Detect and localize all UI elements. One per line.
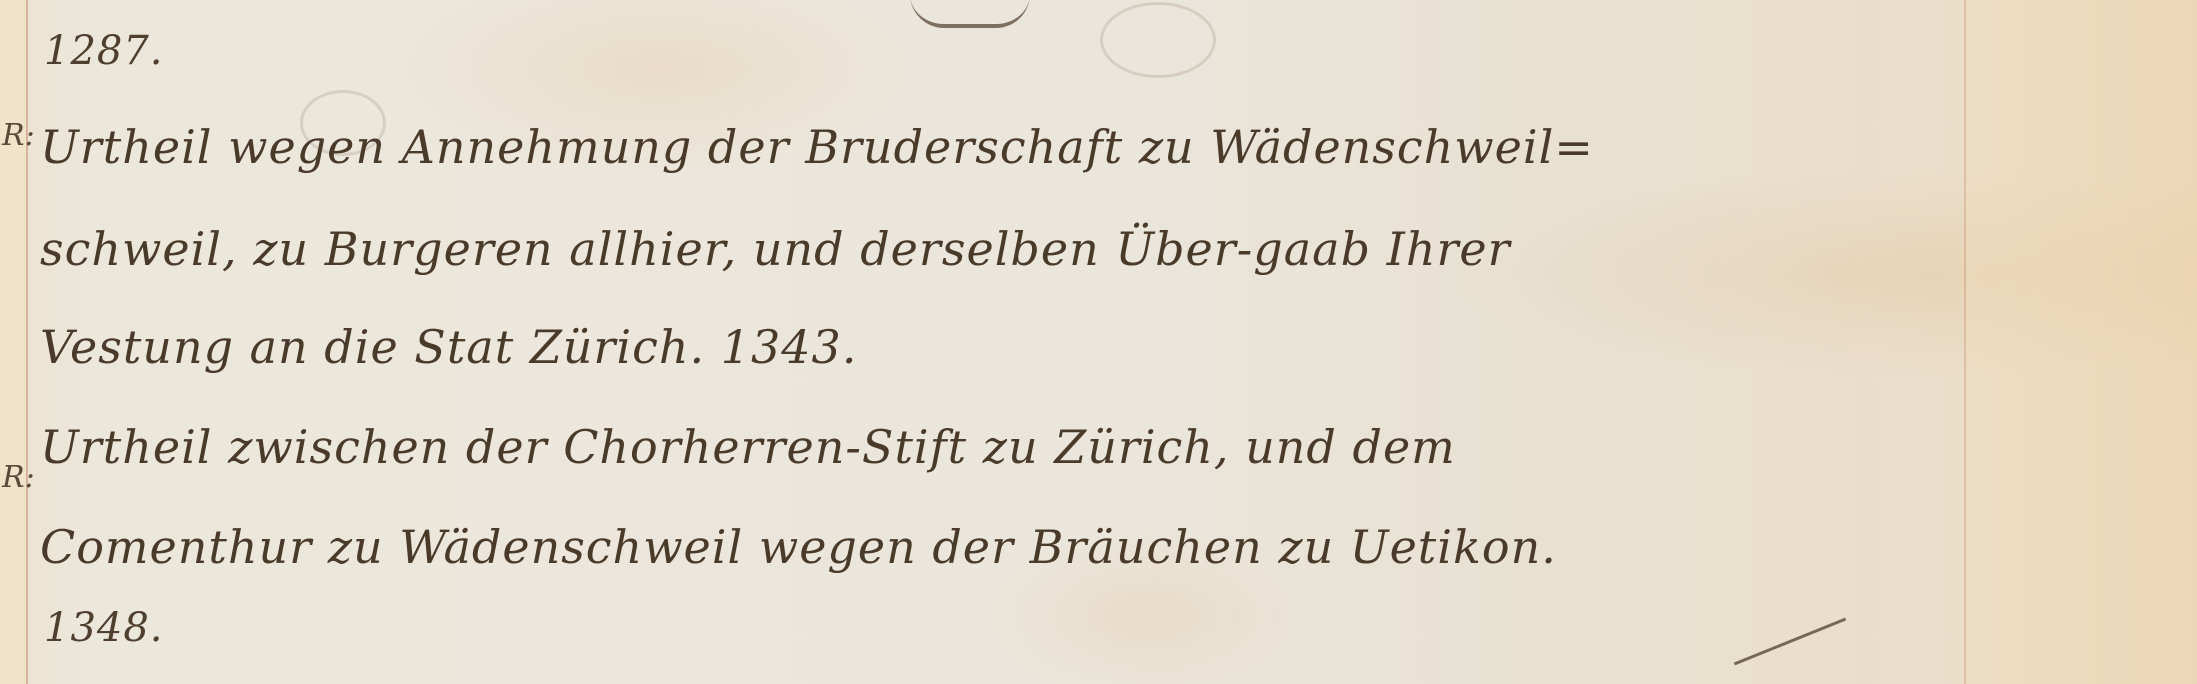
left-page-edge — [0, 0, 26, 684]
top-flourish-stroke — [910, 0, 1030, 28]
left-margin-rule — [26, 0, 28, 684]
entry-1-line-1: Urtheil wegen Annehmung der Bruderschaft… — [40, 120, 1594, 174]
ink-bleed-through — [1100, 2, 1216, 78]
manuscript-page: R: R: 1287. Urtheil wegen Annehmung der … — [0, 0, 2197, 684]
right-margin — [1966, 0, 2197, 684]
entry-1-line-2: schweil, zu Burgeren allhier, und dersel… — [40, 222, 1511, 276]
right-margin-rule — [1964, 0, 1966, 684]
margin-mark: R: — [2, 118, 35, 153]
entry-2-date: 1348. — [44, 605, 164, 651]
margin-mark: R: — [2, 460, 35, 495]
entry-1-line-3: Vestung an die Stat Zürich. 1343. — [40, 320, 857, 374]
pen-stroke — [1734, 618, 1846, 666]
year-heading: 1287. — [44, 28, 164, 74]
entry-2-line-1: Urtheil zwischen der Chorherren-Stift zu… — [40, 420, 1456, 474]
entry-2-line-2: Comenthur zu Wädenschweil wegen der Bräu… — [40, 520, 1557, 574]
